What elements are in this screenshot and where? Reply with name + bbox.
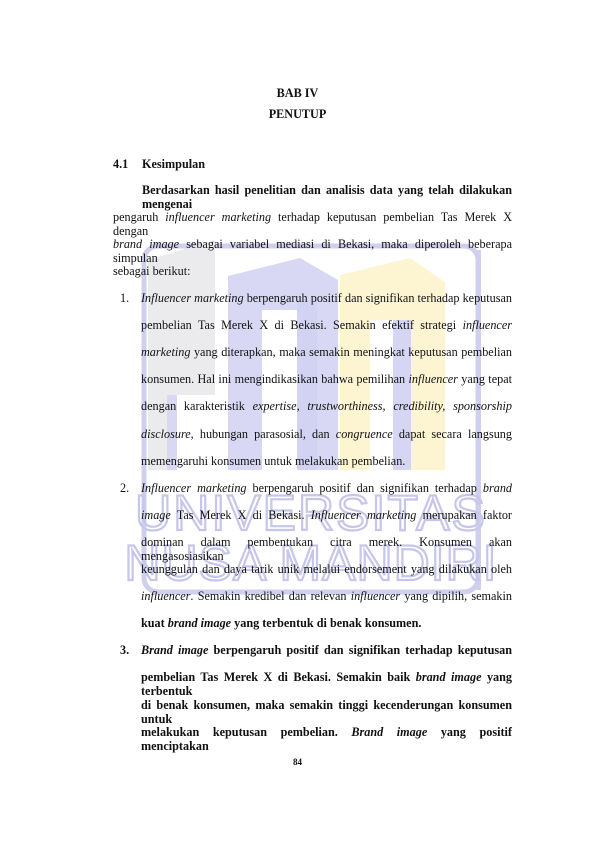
list-item-line: konsumen. Hal ini mengindikasikan bahwa … — [141, 372, 512, 386]
section-number: 4.1 — [113, 157, 128, 171]
page-number: 84 — [0, 755, 595, 769]
chapter-label: BAB IV — [0, 86, 595, 100]
document-page: UNIVERSITAS NUSA MANDIRI BAB IV PENUTUP … — [0, 0, 595, 842]
list-item-number: 1. — [120, 291, 129, 305]
intro-line: sebagai berikut: — [113, 264, 512, 278]
list-item-number: 2. — [120, 481, 129, 495]
list-item-line: melakukan keputusan pembelian. Brand ima… — [141, 725, 512, 753]
list-item-line: keunggulan dan daya tarik unik melalui e… — [141, 562, 512, 576]
list-item-line: Influencer marketing berpengaruh positif… — [141, 481, 512, 495]
list-item-line: memengaruhi konsumen untuk melakukan pem… — [141, 454, 512, 468]
list-item-line: pembelian Tas Merek X di Bekasi. Semakin… — [141, 670, 512, 698]
list-item-line: dengan karakteristik expertise, trustwor… — [141, 399, 512, 413]
document-content: BAB IV PENUTUP 4.1 Kesimpulan Berdasarka… — [0, 0, 595, 842]
list-item-line: marketing yang diterapkan, maka semakin … — [141, 345, 512, 359]
list-item-line: pembelian Tas Merek X di Bekasi. Semakin… — [141, 318, 512, 332]
list-item-number: 3. — [120, 643, 129, 657]
intro-line: brand image sebagai variabel mediasi di … — [113, 237, 512, 265]
intro-line: pengaruh influencer marketing terhadap k… — [113, 210, 512, 238]
list-item-line: Brand image berpengaruh positif dan sign… — [141, 643, 512, 657]
list-item-line: influencer. Semakin kredibel dan relevan… — [141, 589, 512, 603]
list-item-line: dominan dalam pembentukan citra merek. K… — [141, 535, 512, 563]
list-item-line: kuat brand image yang terbentuk di benak… — [141, 616, 512, 630]
list-item-line: disclosure, hubungan parasosial, dan con… — [141, 427, 512, 441]
section-title: Kesimpulan — [142, 157, 205, 171]
list-item-line: image Tas Merek X di Bekasi. Influencer … — [141, 508, 512, 522]
list-item-line: di benak konsumen, maka semakin tinggi k… — [141, 698, 512, 726]
intro-line: Berdasarkan hasil penelitian dan analisi… — [142, 183, 512, 211]
chapter-title: PENUTUP — [0, 107, 595, 121]
list-item-line: Influencer marketing berpengaruh positif… — [141, 291, 512, 305]
